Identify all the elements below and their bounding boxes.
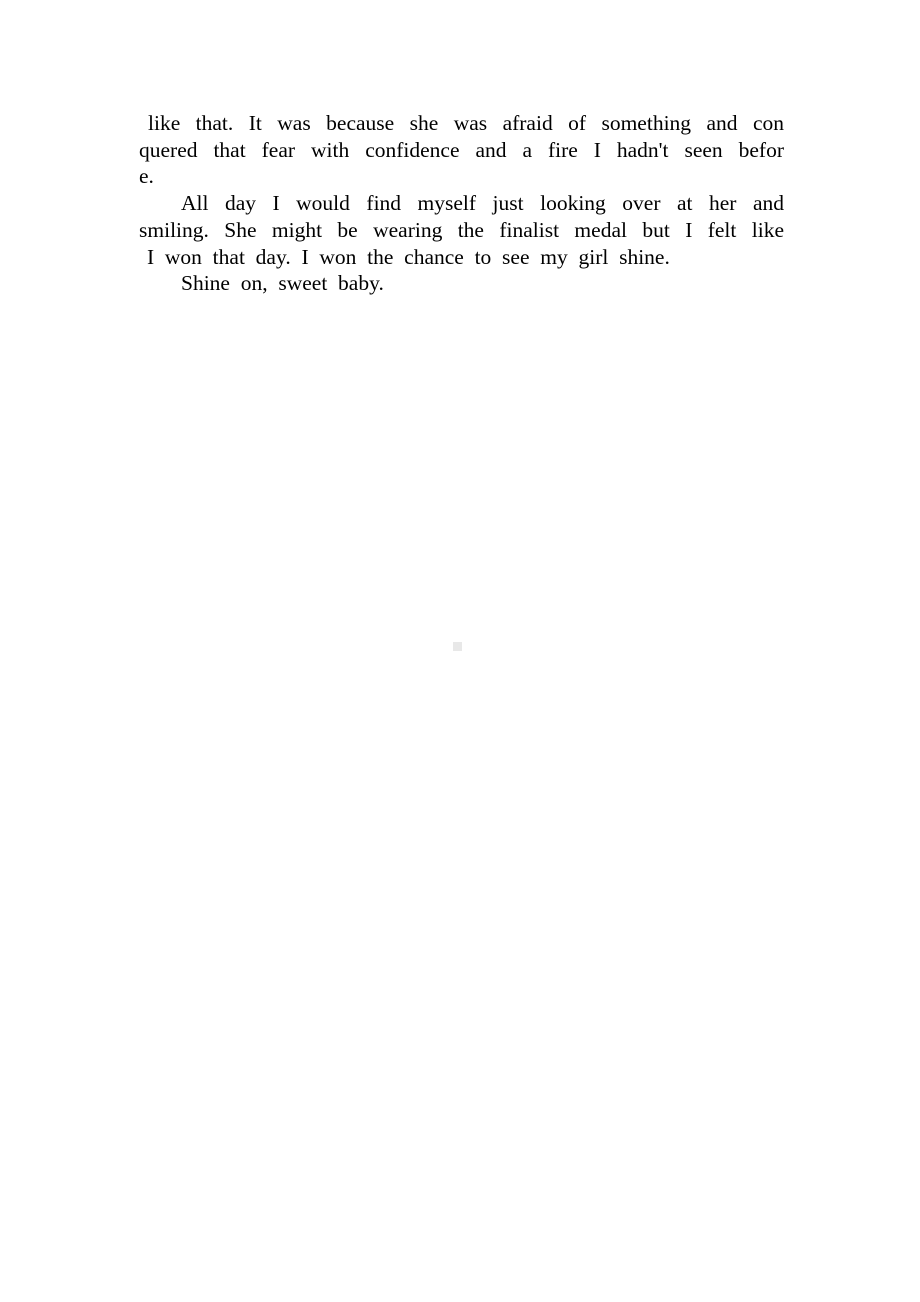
text-line: All day I would find myself just looking… xyxy=(139,190,784,217)
text-block: like that. It was because she was afraid… xyxy=(139,110,784,297)
text-line: like that. It was because she was afraid… xyxy=(139,110,784,137)
text-line: e. xyxy=(139,163,784,190)
document-page: like that. It was because she was afraid… xyxy=(0,0,920,1302)
text-line: I won that day. I won the chance to see … xyxy=(139,244,784,271)
text-line: quered that fear with confidence and a f… xyxy=(139,137,784,164)
text-line: Shine on, sweet baby. xyxy=(139,270,784,297)
image-placeholder xyxy=(453,642,462,651)
text-line: smiling. She might be wearing the finali… xyxy=(139,217,784,244)
